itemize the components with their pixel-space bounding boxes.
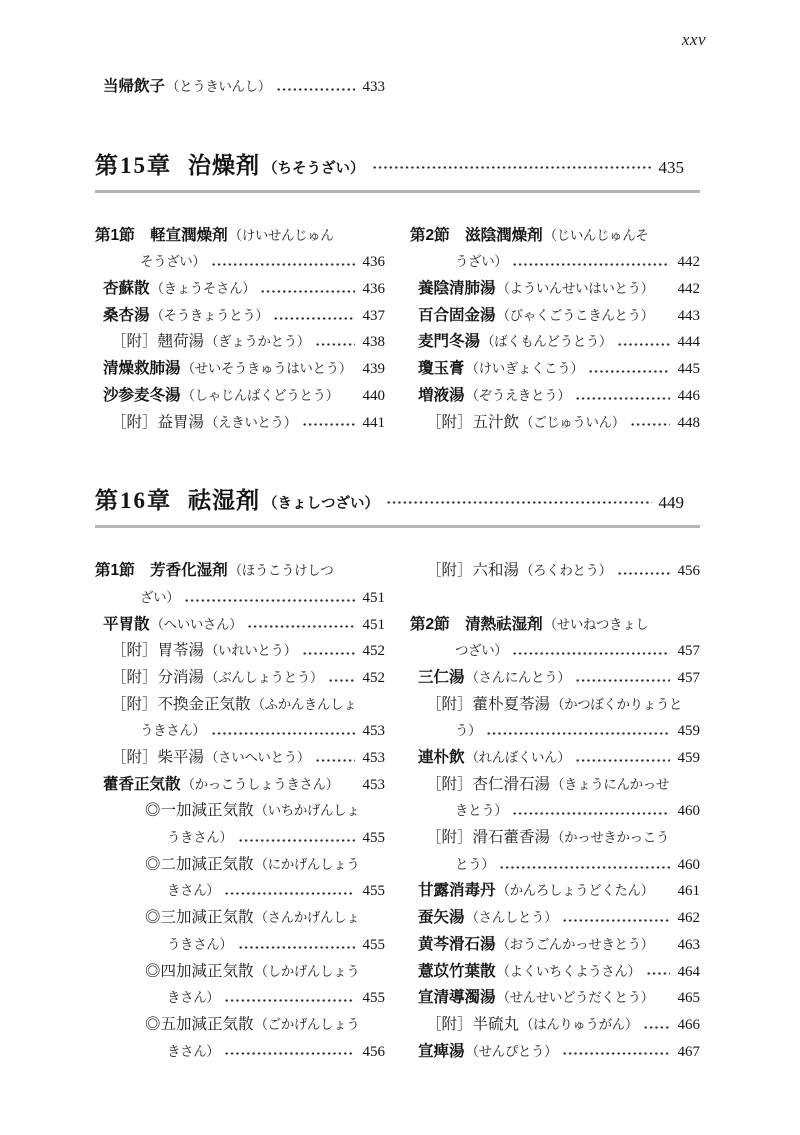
- dot-leader: [575, 397, 669, 400]
- dot-leader: [211, 732, 355, 735]
- entry-name: 麦門冬湯: [418, 329, 480, 356]
- entry-page-number: 464: [678, 959, 701, 986]
- entry-reading: うきさん）: [140, 718, 206, 745]
- entry-page-number: 453: [363, 772, 386, 799]
- toc-line: 清燥救肺湯（せいそうきゅうはいとう）439: [95, 356, 385, 383]
- entry-page-number: 446: [678, 383, 701, 410]
- chapter-reading: （きょしつざい）: [263, 492, 379, 513]
- entry-page-number: 442: [678, 276, 701, 303]
- toc-line: ［附］半硫丸（はんりゅうがん）466: [410, 1012, 700, 1039]
- dot-leader: [588, 370, 669, 373]
- entry-page-number: 455: [363, 985, 386, 1012]
- entry-name: 甘露消毒丹: [418, 878, 496, 905]
- entry-page-number: 451: [363, 585, 386, 612]
- dot-leader: [512, 263, 669, 266]
- entry-name: 増液湯: [418, 383, 465, 410]
- entry-name: 第1節 芳香化湿剤: [95, 558, 228, 585]
- entry-name: ［附］不換金正気散: [111, 692, 251, 719]
- entry-page-number: 457: [678, 665, 701, 692]
- toc-line: 甘露消毒丹（かんろしょうどくたん）461: [410, 878, 700, 905]
- chapter-title: 祛湿剤: [188, 482, 260, 515]
- entry-page-number: 459: [678, 718, 701, 745]
- entry-reading: （よくいちくようさん）: [497, 959, 641, 986]
- toc-line: ［附］不換金正気散（ふかんきんしょ: [95, 692, 385, 719]
- entry-page-number: 459: [678, 745, 701, 772]
- dot-leader: [512, 652, 669, 655]
- toc-line: きとう）460: [410, 798, 700, 825]
- entry-reading: （しかげんしょう: [255, 959, 360, 986]
- entry-page-number: 437: [363, 303, 386, 330]
- entry-name: ［附］藿朴夏苓湯: [426, 692, 550, 719]
- entry-page-number: 456: [678, 558, 701, 585]
- entry-name: 第1節 軽宣潤燥剤: [95, 223, 228, 250]
- entry-reading: （よういんせいはいとう）: [497, 276, 654, 303]
- entry-name: 三仁湯: [418, 665, 465, 692]
- entry-reading: （ふかんきんしょ: [252, 692, 357, 719]
- entry-name: 黄芩滑石湯: [418, 932, 496, 959]
- toc-line: 養陰清肺湯（よういんせいはいとう）442: [410, 276, 700, 303]
- toc-line: 平胃散（へいいさん）451: [95, 612, 385, 639]
- toc-line: ［附］杏仁滑石湯（きょうにんかっせ: [410, 772, 700, 799]
- entry-reading: （へいいさん）: [151, 612, 243, 639]
- dot-leader: [224, 1052, 354, 1055]
- entry-page-number: 457: [678, 638, 701, 665]
- entry-name: 薏苡竹葉散: [418, 959, 496, 986]
- entry-page-number: 444: [678, 329, 701, 356]
- entry-reading: きさん）: [167, 985, 219, 1012]
- entry-reading: （いちかげんしょ: [255, 798, 360, 825]
- toc-line: ［附］分消湯（ぶんしょうとう）452: [95, 665, 385, 692]
- toc-line: ［附］滑石藿香湯（かっせきかっこう: [410, 825, 700, 852]
- dot-leader: [562, 919, 669, 922]
- entry-reading: きさん）: [167, 1039, 219, 1066]
- toc-line: 黄芩滑石湯（おうごんかっせきとう）463: [410, 932, 700, 959]
- entry-reading: （そうきょうとう）: [151, 303, 269, 330]
- entry-page-number: 462: [678, 905, 701, 932]
- entry-reading: （ろくわとう）: [520, 558, 612, 585]
- toc-line: 宣痺湯（せんぴとう）467: [410, 1039, 700, 1066]
- entry-page-number: 455: [363, 932, 386, 959]
- entry-reading: （せいそうきゅうはいとう）: [182, 356, 352, 383]
- entry-name: ◎五加減正気散: [145, 1012, 254, 1039]
- entry-page-number: 460: [678, 798, 701, 825]
- toc-line: 杏蘇散（きょうそさん）436: [95, 276, 385, 303]
- toc-line: 桑杏湯（そうきょうとう）437: [95, 303, 385, 330]
- toc-line: ［附］益胃湯（えきいとう）441: [95, 410, 385, 437]
- entry-name: ［附］滑石藿香湯: [426, 825, 550, 852]
- entry-reading: （ごじゅういん）: [520, 410, 625, 437]
- toc-line: ［附］胃苓湯（いれいとう）452: [95, 638, 385, 665]
- entry-reading: （さいへいとう）: [205, 745, 310, 772]
- dot-leader: [302, 423, 355, 426]
- toc-line: きさん）456: [95, 1039, 385, 1066]
- entry-name: 当帰飲子: [103, 74, 165, 101]
- entry-page-number: 453: [363, 745, 386, 772]
- entry-name: ［附］胃苓湯: [111, 638, 204, 665]
- entry-reading: ざい）: [140, 585, 179, 612]
- dot-leader: [575, 759, 669, 762]
- chapter-page-number: 435: [659, 158, 701, 178]
- entry-page-number: 438: [363, 329, 386, 356]
- entry-reading: （さんしとう）: [466, 905, 558, 932]
- entry-reading: つざい）: [455, 638, 507, 665]
- dot-leader: [630, 423, 670, 426]
- entry-name: ［附］翹荷湯: [111, 329, 204, 356]
- entry-name: 養陰清肺湯: [418, 276, 496, 303]
- entry-reading: （さんかげんしょ: [255, 905, 360, 932]
- entry-reading: （とうきいんし）: [166, 74, 271, 101]
- toc-line: ［附］五汁飲（ごじゅういん）448: [410, 410, 700, 437]
- toc-line: 沙参麦冬湯（しゃじんばくどうとう）440: [95, 383, 385, 410]
- toc-line: 増液湯（ぞうえきとう）446: [410, 383, 700, 410]
- toc-line: ［附］翹荷湯（ぎょうかとう）438: [95, 329, 385, 356]
- entry-reading: （びゃくごうこきんとう）: [497, 303, 654, 330]
- entry-page-number: 442: [678, 249, 701, 276]
- entry-reading: （かんろしょうどくたん）: [497, 878, 654, 905]
- chapter-block: 第16章祛湿剤（きょしつざい）449第1節 芳香化湿剤（ほうこうけしつざい）45…: [95, 482, 700, 1065]
- entry-page-number: 455: [363, 878, 386, 905]
- entry-reading: （ぞうえきとう）: [466, 383, 571, 410]
- entry-name: ［附］益胃湯: [111, 410, 204, 437]
- toc-line: 第2節 清熱祛湿剤（せいねつきょし: [410, 612, 700, 639]
- entry-reading: （いれいとう）: [205, 638, 297, 665]
- dot-leader: [372, 166, 652, 169]
- entry-name: 藿香正気散: [103, 772, 181, 799]
- dot-leader: [211, 263, 355, 266]
- dot-leader: [224, 999, 354, 1002]
- toc-columns: 第1節 軽宣潤燥剤（けいせんじゅんそうざい）436杏蘇散（きょうそさん）436桑…: [95, 223, 700, 437]
- dot-leader: [499, 866, 669, 869]
- toc-line: ［附］柴平湯（さいへいとう）453: [95, 745, 385, 772]
- entry-reading: （しゃじんばくどうとう）: [182, 383, 339, 410]
- entry-name: ［附］五汁飲: [426, 410, 519, 437]
- entry-name: 宣清導濁湯: [418, 985, 496, 1012]
- entry-page-number: 443: [678, 303, 701, 330]
- toc-line: 第1節 芳香化湿剤（ほうこうけしつ: [95, 558, 385, 585]
- toc-column: 第1節 軽宣潤燥剤（けいせんじゅんそうざい）436杏蘇散（きょうそさん）436桑…: [95, 223, 385, 437]
- entry-reading: （せいねつきょし: [544, 612, 649, 639]
- toc-line: う）459: [410, 718, 700, 745]
- entry-name: ◎二加減正気散: [145, 852, 254, 879]
- entry-name: 宣痺湯: [418, 1039, 465, 1066]
- entry-reading: （けいせんじゅん: [229, 223, 334, 250]
- entry-page-number: 440: [363, 383, 386, 410]
- toc-page: xxv 当帰飲子（とうきいんし）433 第15章治燥剤（ちそうざい）435第1節…: [0, 0, 800, 1135]
- entry-name: ［附］柴平湯: [111, 745, 204, 772]
- toc-column: 第1節 芳香化湿剤（ほうこうけしつざい）451平胃散（へいいさん）451［附］胃…: [95, 558, 385, 1065]
- entry-name: 瓊玉膏: [418, 356, 465, 383]
- toc-line: 当帰飲子（とうきいんし）433: [95, 74, 385, 101]
- entry-name: ［附］分消湯: [111, 665, 204, 692]
- dot-leader: [617, 572, 670, 575]
- chapter-list: 第15章治燥剤（ちそうざい）435第1節 軽宣潤燥剤（けいせんじゅんそうざい）4…: [95, 147, 700, 1066]
- dot-leader: [184, 599, 354, 602]
- toc-line: ［附］六和湯（ろくわとう）456: [410, 558, 700, 585]
- toc-line: [410, 585, 700, 612]
- entry-reading: （ごかげんしょう: [255, 1012, 360, 1039]
- entry-reading: とう）: [455, 852, 494, 879]
- entry-page-number: 466: [678, 1012, 701, 1039]
- entry-page-number: 448: [678, 410, 701, 437]
- entry-reading: （じいんじゅんそ: [544, 223, 649, 250]
- entry-reading: （れんぼくいん）: [466, 745, 571, 772]
- entry-reading: （えきいとう）: [205, 410, 297, 437]
- entry-page-number: 456: [363, 1039, 386, 1066]
- entry-reading: （きょうそさん）: [151, 276, 256, 303]
- chapter-number: 第15章: [95, 147, 172, 180]
- dot-leader: [273, 317, 354, 320]
- entry-name: 百合固金湯: [418, 303, 496, 330]
- dot-leader: [562, 1052, 669, 1055]
- entry-reading: （おうごんかっせきとう）: [497, 932, 654, 959]
- toc-column: ［附］六和湯（ろくわとう）456第2節 清熱祛湿剤（せいねつきょしつざい）457…: [410, 558, 700, 1065]
- entry-page-number: 465: [678, 985, 701, 1012]
- entry-page-number: 439: [363, 356, 386, 383]
- entry-page-number: 463: [678, 932, 701, 959]
- dot-leader: [643, 1026, 670, 1029]
- dot-leader: [315, 759, 355, 762]
- entry-name: ［附］杏仁滑石湯: [426, 772, 550, 799]
- dot-leader: [238, 946, 355, 949]
- entry-name: 平胃散: [103, 612, 150, 639]
- toc-line: きさん）455: [95, 985, 385, 1012]
- entry-reading: （かつぼくかりょうと: [551, 692, 682, 719]
- toc-line: ◎一加減正気散（いちかげんしょ: [95, 798, 385, 825]
- dot-leader: [247, 625, 354, 628]
- entry-page-number: 441: [363, 410, 386, 437]
- entry-name: ◎三加減正気散: [145, 905, 254, 932]
- entry-name: 蚕矢湯: [418, 905, 465, 932]
- entry-reading: う）: [455, 718, 481, 745]
- entry-reading: （せんぴとう）: [466, 1039, 558, 1066]
- entry-name: ［附］半硫丸: [426, 1012, 519, 1039]
- chapter-block: 第15章治燥剤（ちそうざい）435第1節 軽宣潤燥剤（けいせんじゅんそうざい）4…: [95, 147, 700, 437]
- toc-line: 第1節 軽宣潤燥剤（けいせんじゅん: [95, 223, 385, 250]
- entry-reading: きさん）: [167, 878, 219, 905]
- chapter-title: 治燥剤: [188, 147, 260, 180]
- entry-page-number: 460: [678, 852, 701, 879]
- entry-reading: （せんせいどうだくとう）: [497, 985, 654, 1012]
- entry-name: ◎一加減正気散: [145, 798, 254, 825]
- toc-content: 当帰飲子（とうきいんし）433 第15章治燥剤（ちそうざい）435第1節 軽宣潤…: [95, 0, 700, 1065]
- entry-name: 沙参麦冬湯: [103, 383, 181, 410]
- toc-line: 蚕矢湯（さんしとう）462: [410, 905, 700, 932]
- entry-name: ［附］六和湯: [426, 558, 519, 585]
- toc-line: 薏苡竹葉散（よくいちくようさん）464: [410, 959, 700, 986]
- toc-line: つざい）457: [410, 638, 700, 665]
- toc-line: 百合固金湯（びゃくごうこきんとう）443: [410, 303, 700, 330]
- toc-line: うざい）442: [410, 249, 700, 276]
- toc-line: とう）460: [410, 852, 700, 879]
- entry-page-number: 451: [363, 612, 386, 639]
- toc-line: 第2節 滋陰潤燥剤（じいんじゅんそ: [410, 223, 700, 250]
- entry-reading: （ほうこうけしつ: [229, 558, 334, 585]
- entry-reading: （ぶんしょうとう）: [205, 665, 323, 692]
- toc-line: 三仁湯（さんにんとう）457: [410, 665, 700, 692]
- dot-leader: [224, 892, 354, 895]
- entry-reading: うざい）: [455, 249, 507, 276]
- entry-reading: （ばくもんどうとう）: [481, 329, 612, 356]
- entry-reading: （はんりゅうがん）: [520, 1012, 638, 1039]
- entry-reading: うきさん）: [167, 825, 233, 852]
- dot-leader: [617, 343, 669, 346]
- toc-line: そうざい）436: [95, 249, 385, 276]
- chapter-heading: 第15章治燥剤（ちそうざい）435: [95, 147, 700, 193]
- entry-reading: （かっこうしょうきさん）: [182, 772, 339, 799]
- toc-line: うきさん）455: [95, 932, 385, 959]
- entry-page-number: 452: [363, 665, 386, 692]
- entry-name: 清燥救肺湯: [103, 356, 181, 383]
- chapter-number: 第16章: [95, 482, 172, 515]
- dot-leader: [575, 679, 669, 682]
- dot-leader: [260, 290, 354, 293]
- chapter-heading: 第16章祛湿剤（きょしつざい）449: [95, 482, 700, 528]
- entry-page-number: 452: [363, 638, 386, 665]
- entry-page-number: 445: [678, 356, 701, 383]
- toc-columns: 第1節 芳香化湿剤（ほうこうけしつざい）451平胃散（へいいさん）451［附］胃…: [95, 558, 700, 1065]
- toc-line: うきさん）453: [95, 718, 385, 745]
- entry-page-number: 455: [363, 825, 386, 852]
- entry-page-number: 436: [363, 249, 386, 276]
- entry-reading: （ぎょうかとう）: [205, 329, 310, 356]
- chapter-reading: （ちそうざい）: [263, 157, 365, 178]
- chapter-page-number: 449: [659, 493, 701, 513]
- entry-page-number: 467: [678, 1039, 701, 1066]
- dot-leader: [328, 679, 355, 682]
- entry-name: 第2節 滋陰潤燥剤: [410, 223, 543, 250]
- entry-reading: そうざい）: [140, 249, 206, 276]
- dot-leader: [486, 732, 669, 735]
- dot-leader: [276, 88, 355, 91]
- entry-name: 第2節 清熱祛湿剤: [410, 612, 543, 639]
- toc-line: きさん）455: [95, 878, 385, 905]
- dot-leader: [646, 972, 670, 975]
- dot-leader: [302, 652, 355, 655]
- entry-page-number: 436: [363, 276, 386, 303]
- entry-name: 連朴飲: [418, 745, 465, 772]
- entry-name: 桑杏湯: [103, 303, 150, 330]
- entry-name: 杏蘇散: [103, 276, 150, 303]
- toc-line: ◎四加減正気散（しかげんしょう: [95, 959, 385, 986]
- toc-line: ざい）451: [95, 585, 385, 612]
- toc-line: ◎二加減正気散（にかげんしょう: [95, 852, 385, 879]
- carryover-entry: 当帰飲子（とうきいんし）433: [95, 74, 385, 101]
- toc-line: ［附］藿朴夏苓湯（かつぼくかりょうと: [410, 692, 700, 719]
- entry-page-number: 453: [363, 718, 386, 745]
- entry-reading: （さんにんとう）: [466, 665, 571, 692]
- toc-line: うきさん）455: [95, 825, 385, 852]
- dot-leader: [315, 343, 355, 346]
- toc-line: ◎五加減正気散（ごかげんしょう: [95, 1012, 385, 1039]
- toc-line: 麦門冬湯（ばくもんどうとう）444: [410, 329, 700, 356]
- toc-line: 瓊玉膏（けいぎょくこう）445: [410, 356, 700, 383]
- toc-line: ◎三加減正気散（さんかげんしょ: [95, 905, 385, 932]
- toc-line: 連朴飲（れんぼくいん）459: [410, 745, 700, 772]
- dot-leader: [512, 812, 669, 815]
- dot-leader: [386, 501, 652, 504]
- entry-reading: （けいぎょくこう）: [466, 356, 584, 383]
- entry-page-number: 461: [678, 878, 701, 905]
- toc-line: 宣清導濁湯（せんせいどうだくとう）465: [410, 985, 700, 1012]
- toc-column: 第2節 滋陰潤燥剤（じいんじゅんそうざい）442養陰清肺湯（よういんせいはいとう…: [410, 223, 700, 437]
- entry-page-number: 433: [363, 74, 386, 101]
- entry-name: ◎四加減正気散: [145, 959, 254, 986]
- entry-reading: うきさん）: [167, 932, 233, 959]
- entry-reading: （かっせきかっこう: [551, 825, 669, 852]
- entry-reading: （にかげんしょう: [255, 852, 360, 879]
- toc-line: 藿香正気散（かっこうしょうきさん）453: [95, 772, 385, 799]
- entry-reading: （きょうにんかっせ: [551, 772, 669, 799]
- dot-leader: [238, 839, 355, 842]
- entry-reading: きとう）: [455, 798, 507, 825]
